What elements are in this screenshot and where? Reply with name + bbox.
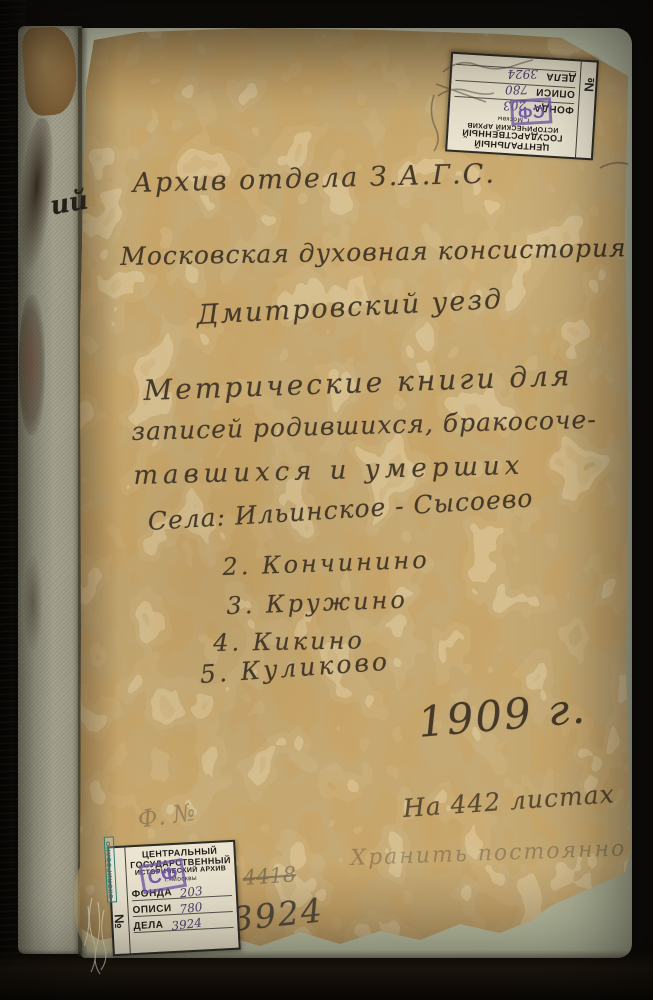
background-bottom-shadow	[0, 950, 653, 1000]
opis-label: ОПИСИ	[132, 903, 172, 916]
delo-label: ДЕЛА	[546, 70, 577, 83]
sf-stamp: СФ	[510, 97, 552, 125]
delo-value: 3924	[507, 69, 538, 79]
fond-value: 203	[180, 886, 204, 899]
archive-label-bottom: № ЦЕНТРАЛЬНЫЙ ГОСУДАРСТВЕННЫЙ ИСТОРИЧЕСК…	[107, 840, 241, 957]
numero-sign: №	[581, 77, 597, 92]
spine-wear-patch	[24, 555, 42, 650]
opis-value: 780	[179, 902, 203, 915]
archive-label-top: № ЦЕНТРАЛЬНЫЙ ГОСУДАРСТВЕННЫЙ ИСТОРИЧЕСК…	[445, 52, 599, 161]
numero-sign: №	[112, 914, 128, 929]
photo-of-book-cover: ий Архив отдела З.А.Г.С. Московск	[0, 0, 653, 1000]
opis-row: ОПИСИ 780	[132, 900, 232, 917]
delo-row: ДЕЛА 3924	[133, 916, 233, 933]
spine-wear-patch	[19, 295, 45, 435]
copied-stamp: СКОПИРОВАНО	[104, 836, 117, 903]
handwriting-crossed-number: 4418	[242, 862, 297, 890]
delo-label: ДЕЛА	[133, 920, 164, 933]
opis-value: 780	[505, 84, 528, 94]
delo-value: 3924	[171, 918, 203, 932]
